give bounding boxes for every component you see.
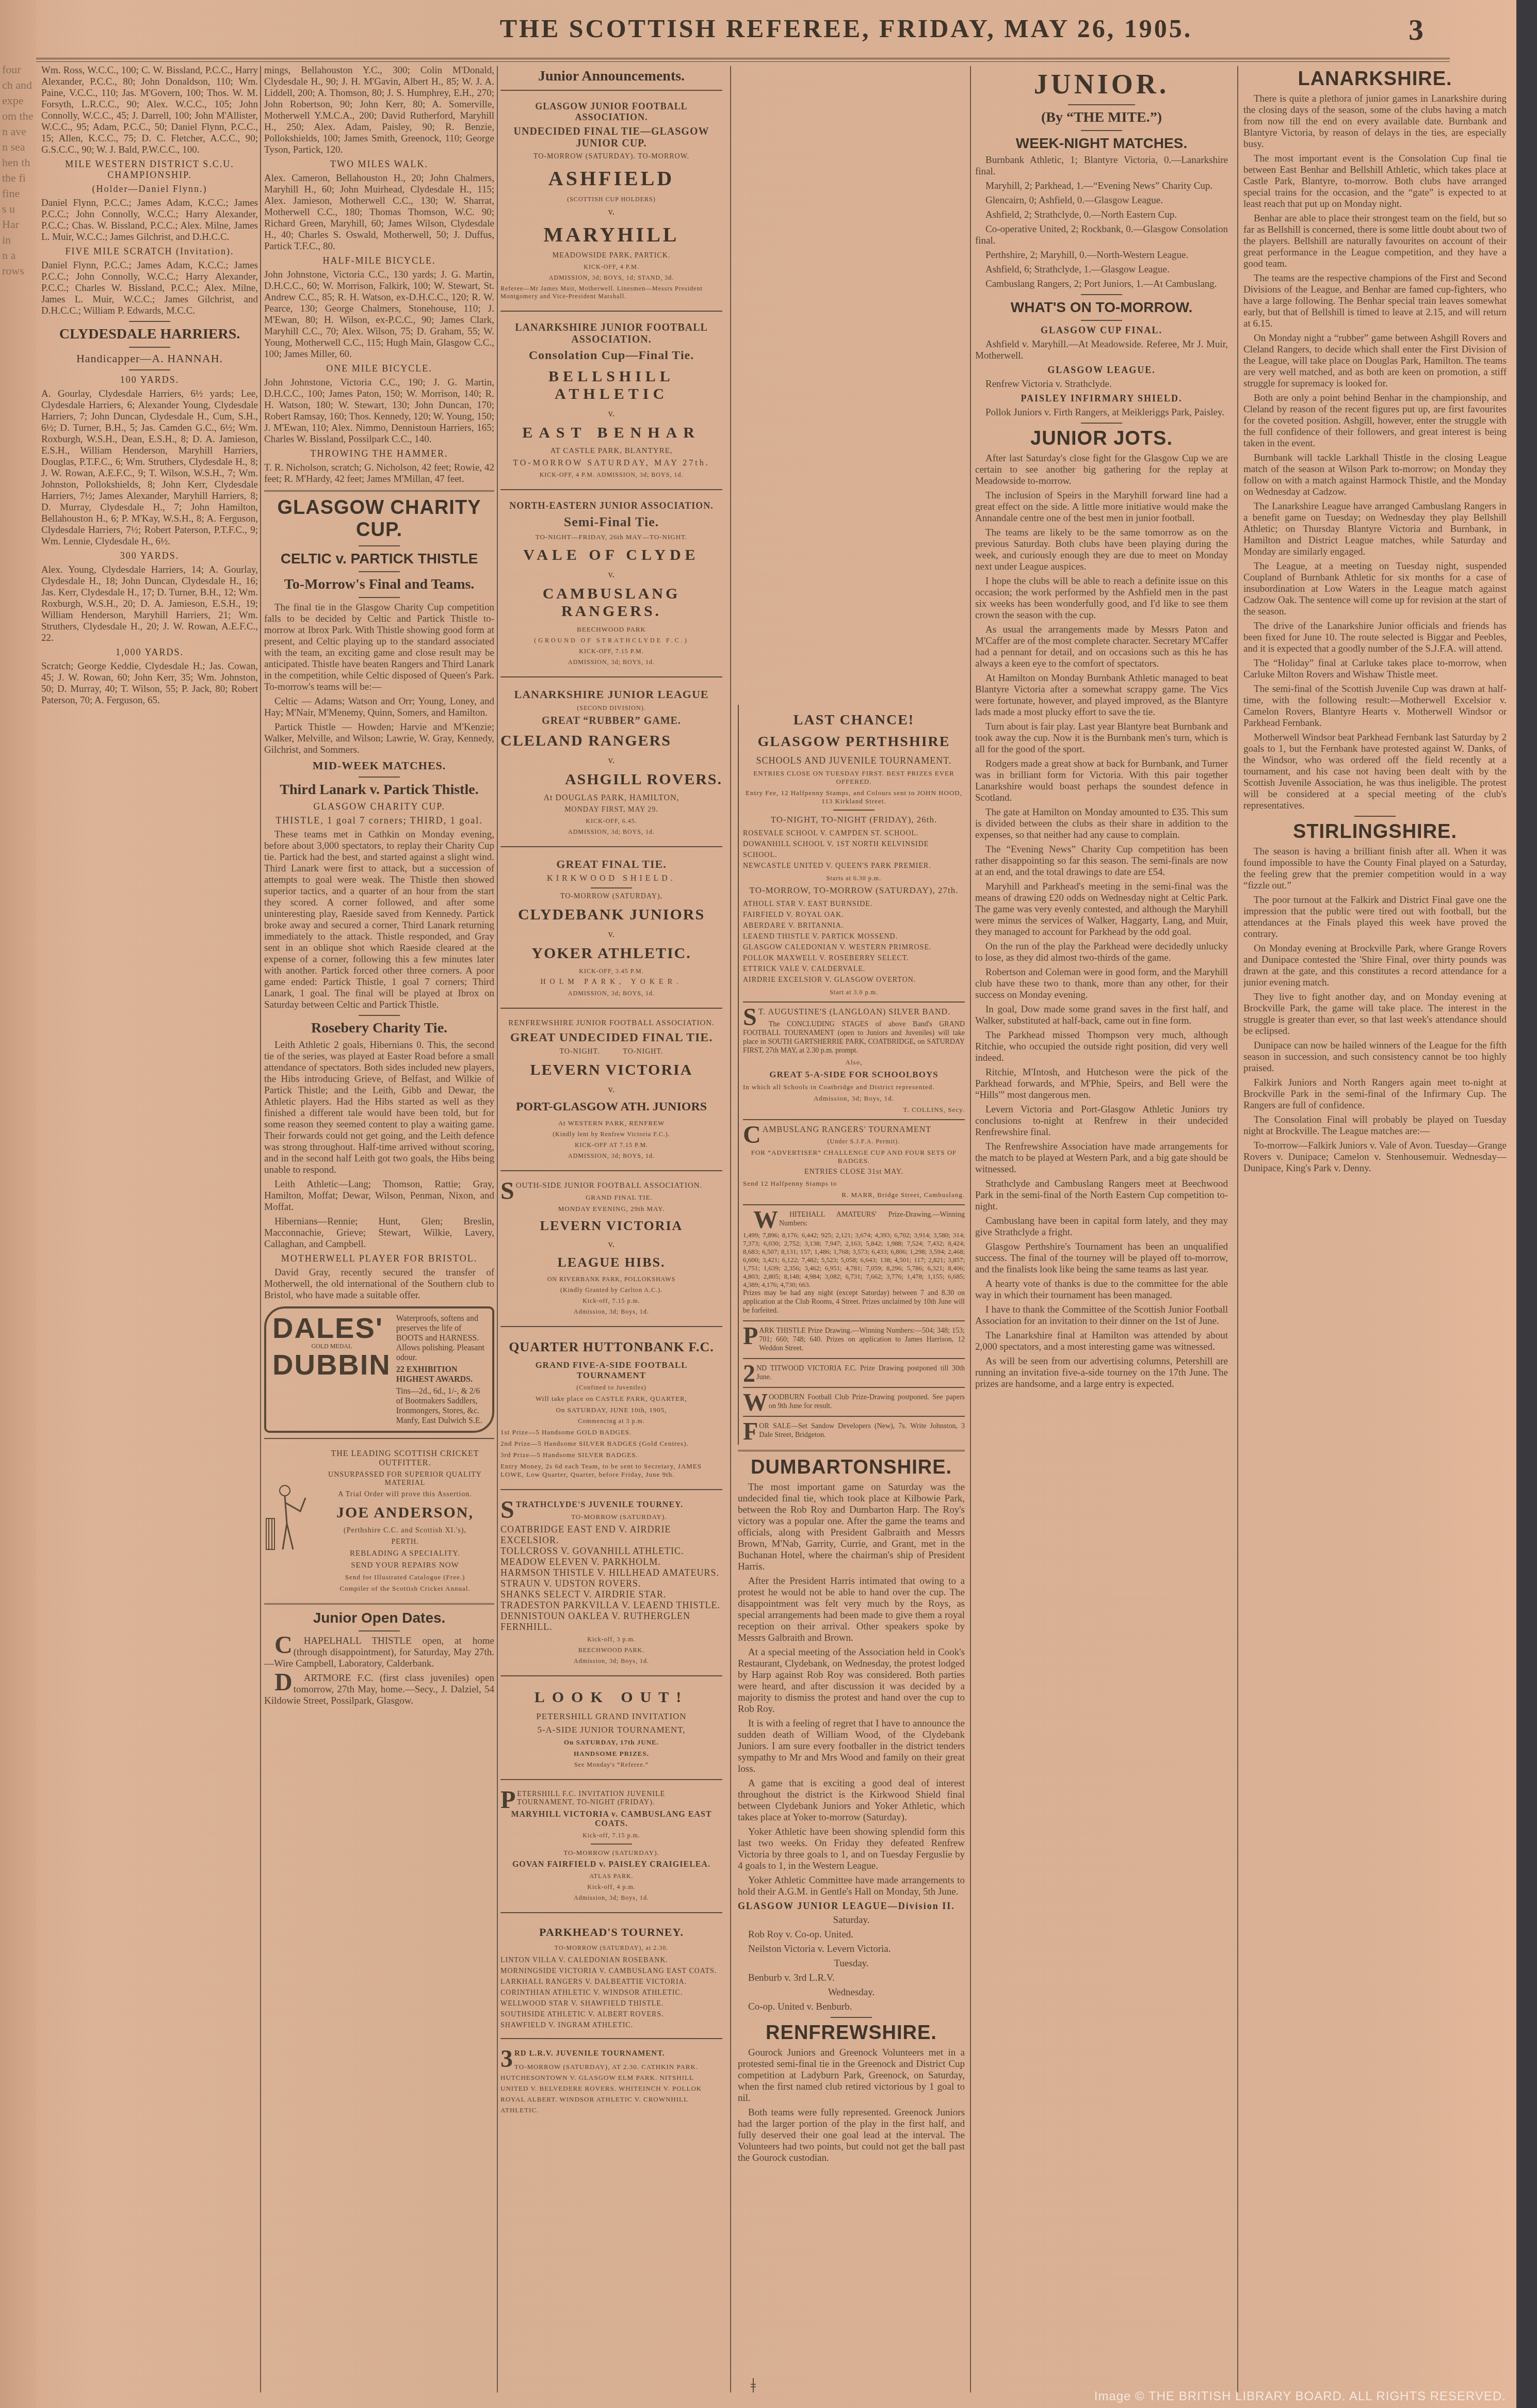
motherwell-windsor-paragraph: Motherwell Windsor beat Parkhead Fernban… — [1243, 732, 1507, 812]
ad-kickoff: Kick-off, 3 p.m. — [500, 1636, 722, 1643]
cambuslang-title: CAMBUSLANG RANGERS' TOURNAMENT — [743, 1125, 965, 1135]
paragraph: The poor turnout at the Falkirk and Dist… — [1243, 895, 1507, 940]
paragraph: As will be seen from our advertising col… — [975, 1356, 1228, 1390]
ad-org: NORTH-EASTERN JUNIOR ASSOCIATION. — [500, 500, 722, 511]
fixture: Benburb v. 3rd L.R.V. — [738, 1973, 965, 1984]
ad-body: TO-MORROW (SATURDAY), at 2.30. CATHKIN P… — [500, 2061, 722, 2115]
rosebery-report: Leith Athletic 2 goals, Hibernians 0. Th… — [264, 1040, 494, 1176]
st-augustines-also: Also, — [743, 1058, 965, 1066]
ad-team-1: LEVERN VICTORIA — [500, 1218, 722, 1234]
ad-versus: v. — [500, 569, 722, 580]
paragraph: On the run of the play the Parkhead were… — [975, 941, 1228, 964]
junior-jots: After last Saturday's close fight for th… — [975, 453, 1228, 1390]
fold-mark: ǂ — [751, 2373, 756, 2398]
motherwell-heading: MOTHERWELL PLAYER FOR BRISTOL. — [264, 1253, 494, 1264]
paragraph: They live to fight another day, and on M… — [1243, 992, 1507, 1037]
cricket-line-7: Compiler of the Scottish Cricket Annual. — [316, 1585, 494, 1593]
ad-versus: v. — [500, 206, 722, 217]
fixture: DOWANHILL SCHOOL v. 1st NORTH KELVINSIDE… — [743, 839, 965, 861]
cambuslang-cup: FOR “ADVERTISER” CHALLENGE CUP AND FOUR … — [743, 1149, 965, 1165]
ad-venue: BEECHWOOD PARK — [500, 625, 722, 634]
charity-cup-subheading: To-Morrow's Final and Teams. — [264, 576, 494, 593]
whitehall-title: WHITEHALL AMATEURS' Prize-Drawing.—Winni… — [743, 1210, 965, 1228]
fixture: DENNISTOUN OAKLEA v. RUTHERGLEN FERNHILL… — [500, 1611, 722, 1633]
divider — [500, 1008, 722, 1009]
paragraph: In goal, Dow made some grand saves in th… — [975, 1004, 1228, 1027]
cambuslang-send: Send 12 Halfpenny Stamps to — [743, 1179, 965, 1188]
ad-venue: AT CASTLE PARK, BLANTYRE, — [500, 447, 722, 456]
ad-prize-2: 2nd Prize—5 Handsome SILVER BADGES (Gold… — [500, 1440, 722, 1448]
fixture: Co-op. United v. Benburb. — [738, 2001, 965, 2013]
cricket-town: PERTH. — [316, 1538, 494, 1546]
charity-cup-heading: GLASGOW CHARITY CUP. — [264, 497, 494, 541]
titwood-notice: 2ND TITWOOD VICTORIA F.C. Prize Drawing … — [743, 1364, 965, 1382]
dumbarton-paragraph: Yoker Athletic Committee have made arran… — [738, 1875, 965, 1898]
fixture: MORNINGSIDE VICTORIA v. CAMBUSLANG EAST … — [500, 1966, 722, 1977]
ad-versus: v. — [500, 755, 722, 766]
fixture: Rob Roy v. Co-op. United. — [738, 1929, 965, 1941]
lanarkshire-heading: LANARKSHIRE. — [1243, 68, 1507, 90]
ad-when: TO-MORROW SATURDAY, MAY 27th. — [500, 459, 722, 468]
paragraph: The Renfrewshire Association have made a… — [975, 1141, 1228, 1175]
ad-venue: MEADOWSIDE PARK, PARTICK. — [500, 252, 722, 260]
ad-entry: Entry Money, 2s 6d each Team, to be sent… — [500, 1462, 722, 1479]
divider — [500, 1326, 722, 1327]
fixture: TRADESTON PARKVILLA v. LEAEND THISTLE. — [500, 1600, 722, 1611]
cricket-line-1: THE LEADING SCOTTISH CRICKET OUTFITTER. — [316, 1449, 494, 1468]
ad-when: MONDAY EVENING, 29th MAY. — [500, 1205, 722, 1213]
ad-see: See Monday's “Referee.” — [500, 1761, 722, 1769]
infirmary-fixture: Pollok Juniors v. Firth Rangers, at Meik… — [975, 407, 1228, 418]
ad-when: TO-NIGHT. TO-NIGHT. — [500, 1048, 722, 1056]
fixture: LARKHALL RANGERS v. DALBEATTIE VICTORIA. — [500, 1977, 722, 1987]
fixture: POLLOK MAXWELL v. ROSEBERRY SELECT. — [743, 953, 965, 964]
dubbin-stockists: Tins—2d., 6d., 1/-, & 2/6 of Bootmakers … — [396, 1386, 486, 1426]
hibs-team: Hibernians—Rennie; Hunt, Glen; Breslin, … — [264, 1216, 494, 1250]
ad-event: GREAT UNDECIDED FINAL TIE. — [500, 1031, 722, 1045]
renfrew-paragraph: Gourock Juniors and Greenock Volunteers … — [738, 2047, 965, 2104]
whitehall-footer: Prizes may be had any night (except Satu… — [743, 1289, 965, 1315]
paragraph: The “Evening News” Charity Cup competiti… — [975, 844, 1228, 878]
handicapper: Handicapper—A. HANNAH. — [41, 352, 258, 365]
divider — [743, 1358, 965, 1359]
scratch-heading: FIVE MILE SCRATCH (Invitation). — [41, 246, 258, 257]
ad-admission: Admission, 3d; Boys, 1d. — [500, 1308, 722, 1316]
fixture: ROSEVALE SCHOOL v. CAMPDEN ST. SCHOOL. — [743, 828, 965, 839]
whats-on-heading: WHAT'S ON TO-MORROW. — [975, 299, 1228, 316]
st-augustines-body: The CONCLUDING STAGES of above Band's GR… — [743, 1020, 965, 1055]
ad-prize-3: 3rd Prize—5 Handsome SILVER BADGES. — [500, 1451, 722, 1459]
dales-dubbin-advert: DALES' GOLD MEDAL DUBBIN Waterproofs, so… — [264, 1306, 494, 1433]
cricket-line-3: A Trial Order will prove this Assertion. — [316, 1491, 494, 1499]
ad-versus: v. — [500, 1084, 722, 1095]
column-divider — [730, 66, 731, 2393]
third-lrv-advert: 3RD L.R.V. JUVENILE TOURNAMENT. TO-MORRO… — [500, 2044, 722, 2118]
previous-page-gutter: four ch and expe om the n ave n sea hen … — [0, 0, 36, 2408]
divider — [359, 597, 400, 598]
ad-kickoff: Kick-off, 7.15 p.m. — [500, 1297, 722, 1305]
midweek-cup: GLASGOW CHARITY CUP. — [264, 801, 494, 812]
infirmary-heading: PAISLEY INFIRMARY SHIELD. — [975, 393, 1228, 404]
paragraph: The drive of the Lanarkshire Junior offi… — [1243, 621, 1507, 655]
paragraph: At Hamilton on Monday Burnbank Athletic … — [975, 673, 1228, 718]
paragraph: Falkirk Juniors and North Rangers again … — [1243, 1077, 1507, 1111]
ad-admission: ADMISSION, 3d; BOYS, 1d. — [500, 658, 722, 666]
fixture-day: Saturday. — [738, 1915, 965, 1926]
dumbarton-paragraph: A game that is exciting a good deal of i… — [738, 1778, 965, 1823]
ad-prizes: HANDSOME PRIZES. — [500, 1750, 722, 1758]
cricket-club: (Perthshire C.C. and Scottish XI.'s), — [316, 1527, 494, 1535]
quarter-huttonbank-advert: QUARTER HUTTONBANK F.C. GRAND FIVE-A-SID… — [500, 1332, 722, 1484]
ad-event: Semi-Final Tie. — [500, 514, 722, 530]
paragraph: The Consolation Final will probably be p… — [1243, 1114, 1507, 1137]
fixture-day: Tuesday. — [738, 1958, 965, 1969]
divider — [591, 1844, 632, 1845]
open-date-item: CHAPELHALL THISTLE open, at home (throug… — [264, 1636, 494, 1670]
paragraph: As usual the arrangements made by Messrs… — [975, 624, 1228, 670]
ad-event-2: 5-A-SIDE JUNIOR TOURNAMENT, — [500, 1725, 722, 1735]
cambuslang-close: ENTRIES CLOSE 31st MAY. — [743, 1168, 965, 1176]
result-line: Burnbank Athletic, 1; Blantyre Victoria,… — [975, 155, 1228, 177]
column-1-athletics: Wm. Ross, W.C.C., 100; C. W. Bissland, P… — [41, 65, 258, 2398]
dubbin-brand: DALES' — [272, 1314, 391, 1343]
fixture: MEADOW ELEVEN v. PARKHOLM. — [500, 1557, 722, 1567]
ad-org: GLASGOW PERTHSHIRE — [743, 734, 965, 750]
ad-tonight: TO-NIGHT, TO-NIGHT (FRIDAY), 26th. — [743, 815, 965, 825]
event-300-entries: Alex. Young, Clydesdale Harriers, 14; A.… — [41, 564, 258, 644]
divider — [743, 1001, 965, 1003]
fixture: WELLWOOD STAR v. SHAWFIELD THISTLE. — [500, 1998, 722, 2009]
ad-when: TO-MORROW (SATURDAY). — [500, 1513, 722, 1521]
ad-club: QUARTER HUTTONBANK F.C. — [500, 1339, 722, 1355]
leith-team: Leith Athletic—Lang; Thomson, Rattie; Gr… — [264, 1179, 494, 1213]
masthead-rule — [36, 58, 1450, 62]
hammer-heading: THROWING THE HAMMER. — [264, 448, 494, 459]
midweek-match: Third Lanark v. Partick Thistle. — [264, 782, 494, 798]
ad-granted: (Kindly Granted by Carlton A.C.). — [500, 1286, 722, 1294]
ad-org: GLASGOW JUNIOR FOOTBALL ASSOCIATION. — [500, 101, 722, 123]
divider — [500, 2038, 722, 2039]
ad-team-1: CLYDEBANK JUNIORS — [500, 906, 722, 924]
paragraph: Levern Victoria and Port-Glasgow Athleti… — [975, 1104, 1228, 1138]
masthead-title: THE SCOTTISH REFEREE, FRIDAY, MAY 26, 19… — [268, 0, 1424, 57]
st-augustines-title: ST. AUGUSTINE'S (LANGLOAN) SILVER BAND. — [743, 1008, 965, 1017]
ad-team-1: LEVERN VICTORIA — [500, 1061, 722, 1079]
paragraph: The Lanarkshire final at Hamilton was at… — [975, 1330, 1228, 1353]
paragraph: After last Saturday's close fight for th… — [975, 453, 1228, 487]
fixture: GLASGOW CALEDONIAN v. WESTERN PRIMROSE. — [743, 942, 965, 953]
result-line: Co-operative United, 2; Rockbank, 0.—Gla… — [975, 224, 1228, 247]
ad-venue: BEECHWOOD PARK. — [500, 1646, 722, 1654]
charity-cup-match: CELTIC v. PARTICK THISTLE — [264, 551, 494, 567]
paragraph: The Lanarkshire League have arranged Cam… — [1243, 501, 1507, 558]
paragraph: Cambuslang have been in capital form lat… — [975, 1216, 1228, 1238]
one-mile-entries: John Johnstone, Victoria C.C., 190; J. G… — [264, 377, 494, 445]
club-heading: CLYDESDALE HARRIERS. — [41, 326, 258, 343]
championship-holder: (Holder—Daniel Flynn.) — [41, 184, 258, 195]
midweek-report: These teams met in Cathkin on Monday eve… — [264, 829, 494, 1011]
ad-event: GRAND FINAL TIE. — [500, 1193, 722, 1202]
event-1000-entries: Scratch; George Keddie, Clydesdale H.; J… — [41, 661, 258, 706]
ad-team-2: ASHGILL ROVERS. — [500, 771, 722, 788]
gutter-text: four ch and expe om the n ave n sea hen … — [0, 0, 36, 279]
divider — [743, 1387, 965, 1388]
celtic-team: Celtic — Adams; Watson and Orr; Young, L… — [264, 696, 494, 719]
paragraph: There is quite a plethora of junior game… — [1243, 93, 1507, 150]
ad-tomorrow: TO-MORROW, TO-MORROW (SATURDAY), 27th. — [743, 885, 965, 896]
dumbarton-paragraph: It is with a feeling of regret that I ha… — [738, 1718, 965, 1775]
divider — [500, 676, 722, 677]
paragraph: The League, at a meeting on Tuesday nigh… — [1243, 561, 1507, 618]
ad-event: GRAND FIVE-A-SIDE FOOTBALL TOURNAMENT — [500, 1360, 722, 1381]
fixture: TOLLCROSS v. GOVANHILL ATHLETIC. — [500, 1546, 722, 1557]
championship-entries: Daniel Flynn, P.C.C.; James Adam, K.C.C.… — [41, 198, 258, 243]
strathclyde-tourney-advert: STRATHCLYDE'S JUVENILE TOURNEY. TO-MORRO… — [500, 1495, 722, 1670]
ad-cup: KIRKWOOD SHIELD. — [500, 874, 722, 883]
paragraph: Glasgow Perthshire's Tournament has been… — [975, 1241, 1228, 1275]
paragraph: Ritchie, M'Intosh, and Hutcheson were th… — [975, 1067, 1228, 1101]
dumbarton-paragraph: At a special meeting of the Association … — [738, 1647, 965, 1715]
dumbarton-paragraph: Yoker Athletic have been showing splendi… — [738, 1827, 965, 1872]
divider — [1081, 423, 1122, 424]
ad-title: PARKHEAD'S TOURNEY. — [500, 1926, 722, 1939]
midweek-heading: MID-WEEK MATCHES. — [264, 759, 494, 772]
paragraph: The teams are the respective champions o… — [1243, 273, 1507, 330]
half-mile-entries: John Johnstone, Victoria C.C., 130 yards… — [264, 269, 494, 360]
petershill-juvenile-advert: PETERSHILL F.C. INVITATION JUVENILE TOUR… — [500, 1785, 722, 1907]
column-2-sports: mings, Bellahouston Y.C., 300; Colin M'D… — [264, 65, 494, 2398]
divider — [359, 1630, 400, 1631]
ad-kickoff: KICK-OFF, 7.15 P.M. — [500, 648, 722, 655]
divider — [500, 846, 722, 847]
fixture: AIRDRIE EXCELSIOR v. GLASGOW OVERTON. — [743, 975, 965, 985]
ad-admission: Admission, 3d; Boys, 1d. — [500, 1894, 722, 1902]
divider — [500, 1912, 722, 1913]
ad-venue: ON RIVERBANK PARK, POLLOKSHAWS — [500, 1275, 722, 1283]
ad-org: LANARKSHIRE JUNIOR LEAGUE — [500, 688, 722, 701]
league-fixture: Renfrew Victoria v. Strathclyde. — [975, 379, 1228, 390]
ad-event: GREAT FINAL TIE. — [500, 858, 722, 871]
ad-date: On SATURDAY, 17th JUNE. — [500, 1738, 722, 1747]
ad-entries: ENTRIES CLOSE ON TUESDAY FIRST. BEST PRI… — [743, 769, 965, 786]
ad-confined: (Confined to Juveniles) — [500, 1384, 722, 1392]
ad-event: GREAT “RUBBER” GAME. — [500, 715, 722, 727]
ad-kickoff: KICK-OFF, 4 P.M. ADMISSION, 3d; BOYS, 1d… — [500, 471, 722, 479]
one-mile-heading: ONE MILE BICYCLE. — [264, 363, 494, 374]
ad-kickoff: KICK-OFF, 4 P.M. — [500, 263, 722, 271]
ad-when: MONDAY FIRST, MAY 29. — [500, 806, 722, 814]
divider — [1081, 294, 1122, 295]
column-6-counties: LANARKSHIRE. There is quite a plethora o… — [1243, 65, 1507, 2398]
column-divider — [260, 66, 261, 2393]
dubbin-awards: 22 EXHIBITION HIGHEST AWARDS. — [396, 1365, 486, 1384]
byline: (By “THE MITE.”) — [975, 109, 1228, 126]
renfrewshire-heading: RENFREWSHIRE. — [738, 2022, 965, 2044]
lanarkshire-consolation-advert: LANARKSHIRE JUNIOR FOOTBALL ASSOCIATION.… — [500, 317, 722, 484]
junior-heading: JUNIOR. — [975, 68, 1228, 100]
lanarkshire-report: There is quite a plethora of junior game… — [1243, 93, 1507, 681]
ad-when: TO-MORROW (SATURDAY). TO-MORROW. — [500, 153, 722, 161]
cup-final-fixture: Ashfield v. Maryhill.—At Meadowside. Ref… — [975, 339, 1228, 362]
ad-team-1: CLELAND RANGERS — [500, 732, 722, 750]
paragraph: Robertson and Coleman were in good form,… — [975, 967, 1228, 1001]
page-number: 3 — [1409, 12, 1423, 47]
weeknight-heading: WEEK-NIGHT MATCHES. — [975, 135, 1228, 152]
ad-team-1: ASHFIELD — [500, 166, 722, 190]
paragraph: Benhar are able to place their strongest… — [1243, 213, 1507, 270]
fixture: FAIRFIELD v. ROYAL OAK. — [743, 910, 965, 920]
rosebery-heading: Rosebery Charity Tie. — [264, 1020, 494, 1037]
column-4-top-spacer — [738, 65, 965, 705]
ad-team-2: YOKER ATHLETIC. — [500, 945, 722, 962]
result-line: Maryhill, 2; Parkhead, 1.—“Evening News”… — [975, 181, 1228, 192]
fixture: NEWCASTLE UNITED v. QUEEN'S PARK PREMIER… — [743, 861, 965, 871]
ad-lent: (Kindly lent by Renfrew Victoria F.C.). — [500, 1130, 722, 1138]
divider — [264, 1603, 494, 1605]
paragraph: I hope the clubs will be able to reach a… — [975, 576, 1228, 621]
ad-team-2: LEAGUE HIBS. — [500, 1255, 722, 1270]
ad-admission: ADMISSION, 3d; BOYS, 1d. — [500, 990, 722, 997]
fixture: ABERDARE v. BRITANNIA. — [743, 920, 965, 931]
divider — [500, 1779, 722, 1780]
ad-team-1: VALE OF CLYDE — [500, 546, 722, 564]
whitehall-numbers: 1,499; 7,896; 8,176; 6,442; 925; 2,121; … — [743, 1231, 965, 1289]
fixture: HARMSON THISTLE v. HILLHEAD AMATEURS. — [500, 1567, 722, 1578]
fixture: SHANKS SELECT v. AIRDRIE STAR. — [500, 1589, 722, 1600]
cambuslang-permit: (Under S.J.F.A. Permit). — [743, 1138, 965, 1145]
woodburn-notice: WOODBURN Football Club Prize-Drawing pos… — [743, 1393, 965, 1411]
open-date-item: DARTMORE F.C. (first class juveniles) op… — [264, 1673, 494, 1707]
cycling-results: Wm. Ross, W.C.C., 100; C. W. Bissland, P… — [41, 65, 258, 156]
result-line: Ashfield, 2; Strathclyde, 0.—North Easte… — [975, 209, 1228, 221]
ad-when: TO-MORROW (SATURDAY), at 2.30. — [500, 1944, 722, 1952]
cambuslang-address: R. MARR, Bridge Street, Cambuslang. — [743, 1191, 965, 1199]
column-4-notices: LAST CHANCE! GLASGOW PERTHSHIRE SCHOOLS … — [738, 65, 965, 2398]
fixture: ATHOLL STAR v. EAST BURNSIDE. — [743, 899, 965, 910]
section-heading: Junior Announcements. — [500, 68, 722, 85]
divider — [359, 1015, 400, 1016]
paragraph: Both are only a point behind Benhar in t… — [1243, 393, 1507, 449]
column-3-announcements: Junior Announcements. GLASGOW JUNIOR FOO… — [500, 65, 722, 2398]
ad-venue: HOLM PARK, YOKER. — [500, 978, 722, 987]
event-300-heading: 300 YARDS. — [41, 551, 258, 561]
charity-cup-preview: The final tie in the Glasgow Charity Cup… — [264, 602, 494, 693]
image-credit: Image © THE BRITISH LIBRARY BOARD. ALL R… — [1094, 2389, 1506, 2404]
dumbartonshire-heading: DUMBARTONSHIRE. — [738, 1457, 965, 1479]
southside-final-advert: SOUTH-SIDE JUNIOR FOOTBALL ASSOCIATION. … — [500, 1176, 722, 1321]
st-augustines-admission: Admission, 3d; Boys, 1d. — [743, 1094, 965, 1103]
divider — [500, 489, 722, 490]
ad-team-1: BELLSHILL ATHLETIC — [500, 368, 722, 403]
st-augustines-signature: T. COLLINS, Secy. — [743, 1106, 965, 1114]
hammer-entries: T. R. Nicholson, scratch; G. Nicholson, … — [264, 462, 494, 485]
paragraph: A hearty vote of thanks is due to the co… — [975, 1279, 1228, 1301]
ad-versus: v. — [500, 408, 722, 419]
ad-when-2: TO-MORROW (SATURDAY). — [500, 1849, 722, 1857]
midweek-result: THISTLE, 1 goal 7 corners; THIRD, 1 goal… — [264, 815, 494, 826]
ad-kickoff: KICK-OFF AT 7.15 P.M. — [500, 1141, 722, 1149]
ad-when: TO-NIGHT—FRIDAY, 26th MAY—TO-NIGHT. — [500, 533, 722, 541]
last-chance-advert: LAST CHANCE! GLASGOW PERTHSHIRE SCHOOLS … — [738, 705, 965, 1445]
cricketer-illustration-icon — [264, 1482, 311, 1560]
renfrew-paragraph: Both teams were fully represented. Green… — [738, 2107, 965, 2164]
divider — [500, 1675, 722, 1676]
park-thistle-notice: PARK THISTLE Prize Drawing.—Winning Numb… — [743, 1327, 965, 1353]
fixture: COATBRIDGE EAST END v. AIRDRIE EXCELSIOR… — [500, 1524, 722, 1546]
glasgow-cup-advert: GLASGOW JUNIOR FOOTBALL ASSOCIATION. UND… — [500, 96, 722, 305]
cricket-line-5: SEND YOUR REPAIRS NOW — [316, 1561, 494, 1570]
divider — [1081, 320, 1122, 321]
ad-prize-1: 1st Prize—5 Handsome GOLD BADGES. — [500, 1428, 722, 1436]
ad-title: STRATHCLYDE'S JUVENILE TOURNEY. — [500, 1500, 722, 1510]
ad-time: Commencing at 3 p.m. — [500, 1417, 722, 1425]
divider — [833, 810, 875, 811]
renfrewshire-final-advert: RENFREWSHIRE JUNIOR FOOTBALL ASSOCIATION… — [500, 1014, 722, 1165]
result-line: Ashfield, 6; Strathclyde, 1.—Glasgow Lea… — [975, 264, 1228, 276]
paragraph: The “Holiday” final at Carluke takes pla… — [1243, 658, 1507, 681]
ad-fee: Entry Fee, 12 Halfpenny Stamps, and Colo… — [743, 789, 965, 805]
fixture-day: Wednesday. — [738, 1987, 965, 1998]
thistle-team: Partick Thistle — Howden; Harvie and M'K… — [264, 722, 494, 756]
paragraph: The most important event is the Consolat… — [1243, 153, 1507, 210]
divider — [500, 1170, 722, 1171]
half-mile-heading: HALF-MILE BICYCLE. — [264, 255, 494, 266]
ad-officials: Referee—Mr James Muir, Motherwell. Lines… — [500, 285, 722, 300]
event-100-heading: 100 YARDS. — [41, 375, 258, 385]
divider — [264, 490, 494, 492]
paragraph: On Monday evening at Brockville Park, wh… — [1243, 943, 1507, 989]
paragraph: The inclusion of Speirs in the Maryhill … — [975, 490, 1228, 524]
event-100-entries: A. Gourlay, Clydesdale Harriers, 6½ yard… — [41, 389, 258, 547]
paragraph: Strathclyde and Cambuslang Rangers meet … — [975, 1178, 1228, 1213]
paragraph: The season is having a brilliant finish … — [1243, 846, 1507, 892]
divider — [743, 1416, 965, 1417]
column-5-junior: JUNIOR. (By “THE MITE.”) WEEK-NIGHT MATC… — [975, 65, 1228, 2398]
ad-event: SCHOOLS AND JUVENILE TOURNAMENT. — [743, 755, 965, 766]
divider — [738, 1450, 965, 1451]
ad-org: SOUTH-SIDE JUNIOR FOOTBALL ASSOCIATION. — [500, 1182, 722, 1190]
divider — [500, 311, 722, 312]
ad-versus: v. — [500, 929, 722, 940]
divider — [500, 1489, 722, 1490]
dubbin-brand-2: DUBBIN — [272, 1350, 391, 1379]
ad-place: Will take place on CASTLE PARK, QUARTER, — [500, 1395, 722, 1403]
ad-versus: v. — [500, 1239, 722, 1250]
paragraph: To-morrow—Falkirk Juniors v. Vale of Avo… — [1243, 1140, 1507, 1174]
walk-entries: Alex. Cameron, Bellahouston H., 20; John… — [264, 173, 494, 252]
divider — [743, 1119, 965, 1120]
walk-heading: TWO MILES WALK. — [264, 159, 494, 170]
divider — [129, 321, 170, 322]
fixture: STRAUN v. UDSTON ROVERS. — [500, 1578, 722, 1589]
paragraph: The Parkhead missed Thompson very much, … — [975, 1030, 1228, 1064]
junior-jots-heading: JUNIOR JOTS. — [975, 428, 1228, 450]
divider — [743, 1204, 965, 1205]
ad-when: TO-MORROW (SATURDAY), — [500, 893, 722, 901]
divider — [743, 1320, 965, 1321]
scottish-juvenile-paragraph: The semi-final of the Scottish Juvenile … — [1243, 684, 1507, 729]
kirkwood-shield-advert: GREAT FINAL TIE. KIRKWOOD SHIELD. TO-MOR… — [500, 852, 722, 1003]
stirlingshire-heading: STIRLINGSHIRE. — [1243, 821, 1507, 843]
paragraph: The gate at Hamilton on Monday amounted … — [975, 807, 1228, 841]
parkhead-tourney-advert: PARKHEAD'S TOURNEY. TO-MORROW (SATURDAY)… — [500, 1918, 722, 2033]
lanarkshire-league-advert: LANARKSHIRE JUNIOR LEAGUE (SECOND DIVISI… — [500, 683, 722, 841]
divider — [591, 887, 632, 888]
column-divider — [497, 66, 498, 2393]
ad-title: PETERSHILL F.C. INVITATION JUVENILE TOUR… — [500, 1790, 722, 1807]
paragraph: Dunipace can now be hailed winners of th… — [1243, 1040, 1507, 1074]
divider — [1081, 130, 1122, 131]
